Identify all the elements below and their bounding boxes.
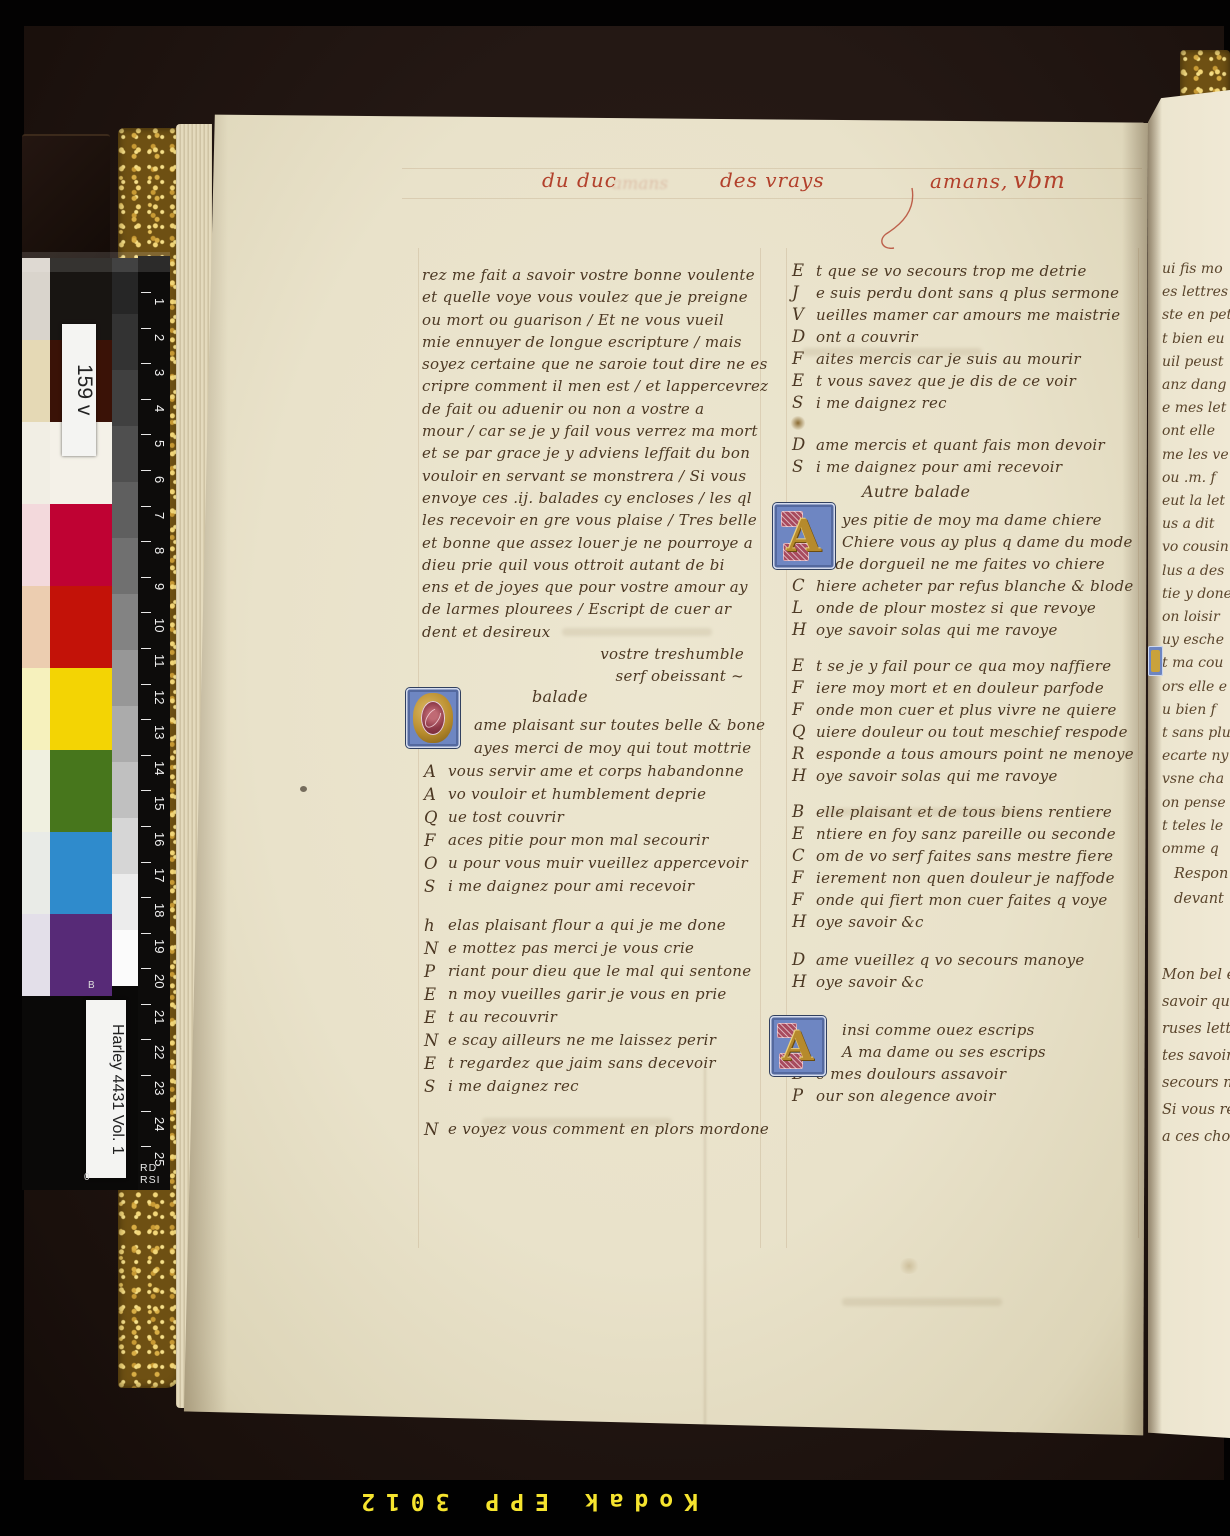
verse-text: t que se vo secours trop me detrie [816, 262, 1087, 280]
verse-line: Si me daignez pour ami recevoir [790, 456, 1135, 478]
verse-text: ue tost couvrir [448, 808, 564, 826]
ballade2-stanza3: Belle plaisant et de tous biens rentiere… [790, 801, 1135, 933]
prose-line: soyez certaine que ne saroie tout dire n… [422, 353, 758, 375]
versal-capital: P [424, 960, 435, 983]
color-patch [22, 504, 50, 586]
verse-text: oye savoir solas qui me ravoye [816, 621, 1058, 639]
fragment-line: t teles le [1162, 815, 1230, 838]
verse-text: ntiere en foy sanz pareille ou seconde [816, 825, 1116, 843]
ruler-number: 3 [152, 369, 167, 376]
ruler-number: 8 [152, 547, 167, 554]
fragment-line: secours nau [1162, 1070, 1230, 1097]
verse-line: De mes doulours assavoir [790, 1063, 1135, 1085]
fragment-line: u bien f [1162, 699, 1230, 722]
ruler-cell: 8 [138, 541, 170, 577]
verse-text: Chiere vous ay plus q dame du mode [842, 533, 1133, 551]
versal-capital: F [424, 829, 436, 852]
letter-signature: vostre treshumble serf obeissant ~ [422, 643, 758, 687]
verse-text: onde de plour mostez si que revoye [816, 599, 1096, 617]
color-patch [22, 914, 50, 996]
verse-text: insi comme ouez escrips [842, 1021, 1035, 1039]
prose-letter: rez me fait a savoir vostre bonne voulen… [422, 264, 758, 643]
verse-line: ayes merci de moy qui tout mottrie [422, 737, 758, 760]
verse-line: Londe de plour mostez si que revoye [790, 597, 1135, 619]
verse-line: Fonde qui fiert mon cuer faites q voye [790, 889, 1135, 911]
verse-text: i me daignez pour ami recevoir [448, 877, 694, 895]
verse-line: Hoye savoir solas qui me ravoye [790, 619, 1135, 641]
color-patch [22, 422, 50, 504]
color-patch [22, 750, 50, 832]
prose-line: cripre comment il men est / et lappercev… [422, 375, 758, 397]
color-patch [50, 504, 112, 586]
verse-text: ueilles mamer car amours me maistrie [816, 306, 1120, 324]
ruler-cell: 16 [138, 826, 170, 862]
ruler-cell: 9 [138, 577, 170, 613]
ruler-number: 19 [152, 939, 167, 953]
versal-capital: S [424, 1075, 436, 1098]
ruler-number: 5 [152, 440, 167, 447]
fragment-line: on pense [1162, 792, 1230, 815]
ruler-cell: 10 [138, 612, 170, 648]
stain [790, 416, 806, 430]
verse-line: Avous servir ame et corps habandonne [422, 760, 758, 783]
grayscale-step [112, 930, 138, 986]
verse-line: Et regardez que jaim sans decevoir [422, 1052, 758, 1075]
ruler-number: 22 [152, 1045, 167, 1059]
versal-capital: H [792, 619, 807, 641]
verse-line: yes pitie de moy ma dame chiere [790, 509, 1135, 531]
verse-line: Je suis perdu dont sans q plus sermone [790, 282, 1135, 304]
ruler-cell: 21 [138, 1004, 170, 1040]
illuminated-initial-A: A [770, 1016, 826, 1076]
film-edge-strip: Kodak EPP 3012 [0, 1480, 1230, 1536]
versal-capital: Q [424, 806, 438, 829]
bleedthrough [842, 1298, 1002, 1306]
ballade1-stanza2: helas plaisant flour a qui je me doneNe … [422, 914, 758, 1098]
verse-line: Et au recouvrir [422, 1006, 758, 1029]
fragment-line: a ces chose [1162, 1124, 1230, 1151]
bar-mark-b: B [88, 980, 95, 991]
verse-text: our son alegence avoir [816, 1087, 996, 1105]
verse-text: t se je y fail pour ce qua moy naffiere [816, 657, 1111, 675]
verse-line: Com de vo serf faites sans mestre fiere [790, 845, 1135, 867]
verse-text: e mes doulours assavoir [816, 1065, 1006, 1083]
prose-line: de fait ou aduenir ou non a vostre a [422, 398, 758, 420]
verse-line: Fiere moy mort et en douleur parfode [790, 677, 1135, 699]
fragment-line: ou .m. f [1162, 467, 1230, 490]
ruler-number: 17 [152, 868, 167, 882]
ballade2-stanza1: yes pitie de moy ma dame chiereChiere vo… [790, 509, 1135, 641]
color-patch [50, 750, 112, 832]
verse-text: riant pour dieu que le mal qui sentone [448, 962, 751, 980]
verse-line: En moy vueilles garir je vous en prie [422, 983, 758, 1006]
verse-line: insi comme ouez escrips [790, 1019, 1135, 1041]
verse-line: Et se je y fail pour ce qua moy naffiere [790, 655, 1135, 677]
ruler-cell: 22 [138, 1039, 170, 1075]
ruler-cell: 24 [138, 1111, 170, 1147]
verse-line: Et que se vo secours trop me detrie [790, 260, 1135, 282]
grayscale-step [112, 538, 138, 594]
versal-capital: D [792, 949, 806, 971]
verse-line: Chiere vous ay plus q dame du mode [790, 531, 1135, 553]
fragment-line: t sans plu [1162, 722, 1230, 745]
closing-quatrain: insi comme ouez escripsA ma dame ou ses … [790, 1019, 1135, 1107]
versal-capital: H [792, 765, 807, 787]
ruler-cell: 18 [138, 897, 170, 933]
verse-line: A ma dame ou ses escrips [790, 1041, 1135, 1063]
versal-capital: h [424, 914, 435, 937]
prose-line: les recevoir en gre vous plaise / Tres b… [422, 509, 758, 531]
ruler-footer-label: RD RSI [140, 1162, 170, 1186]
pen-flourish [872, 186, 932, 256]
color-patch [22, 832, 50, 914]
verse-line: Quiere douleur ou tout meschief respode [790, 721, 1135, 743]
prose-line: dieu prie quil vous ottroit autant de bi [422, 554, 758, 576]
verse-text: oye savoir solas qui me ravoye [816, 767, 1058, 785]
prose-line: envoye ces .ij. balades cy encloses / le… [422, 487, 758, 509]
verse-text: vous servir ame et corps habandonne [448, 762, 744, 780]
grayscale-step [112, 426, 138, 482]
verse-text: e scay ailleurs ne me laissez perir [448, 1031, 716, 1049]
versal-capital: N [424, 937, 439, 960]
color-patch [22, 340, 50, 422]
autre-balade-heading: Autre balade [862, 482, 1135, 501]
verse-text: vo vouloir et humblement deprie [448, 785, 706, 803]
verse-line: ame plaisant sur toutes belle & bone [422, 714, 758, 737]
running-title-offset-ghost: amans [612, 174, 668, 194]
ruler-number: 18 [152, 903, 167, 917]
fragment-line: vsne cha [1162, 768, 1230, 791]
prose-line: ens et de joyes que pour vostre amour ay [422, 576, 758, 598]
grayscale-step [112, 818, 138, 874]
color-calibration-bar: 1234567891011121314151617181920212223242… [22, 256, 170, 1190]
verse-text: ame vueillez q vo secours manoye [816, 951, 1085, 969]
fragment-line: t bien eu [1162, 328, 1230, 351]
text-column-2: Et que se vo secours trop me detrieJe su… [790, 260, 1135, 1107]
fragment-line: ui fis mo [1162, 258, 1230, 281]
ruler-cell: 3 [138, 363, 170, 399]
prose-line: et se par grace je y adviens leffait du … [422, 442, 758, 464]
ruler-scale: 1234567891011121314151617181920212223242… [138, 292, 170, 1182]
ruler-cell: 1 [138, 292, 170, 328]
verse-line: Fierement non quen douleur je naffode [790, 867, 1135, 889]
ruler-cell: 6 [138, 470, 170, 506]
ruler-number: 1 [152, 298, 167, 305]
verse-line: helas plaisant flour a qui je me done [422, 914, 758, 937]
versal-capital: F [792, 677, 804, 699]
recto-response-heading: Respon devant [1174, 862, 1228, 912]
speck [300, 786, 307, 792]
grayscale-step [112, 650, 138, 706]
verse-line: Responde a tous amours point ne menoye [790, 743, 1135, 765]
illuminated-initial-A: A [773, 503, 835, 569]
verse-line: Avo vouloir et humblement deprie [422, 783, 758, 806]
verse-text: i me daignez pour ami recevoir [816, 458, 1062, 476]
color-patch [50, 668, 112, 750]
versal-capital: O [424, 852, 438, 875]
running-title-left: du duc [542, 168, 617, 192]
ballade1-stanza1: ame plaisant sur toutes belle & boneayes… [422, 714, 758, 898]
ruler-strip: 1234567891011121314151617181920212223242… [138, 256, 170, 1190]
response-heading-line: Respon [1174, 862, 1228, 887]
verse-text: onde dorgueil ne me faites vo chiere [816, 555, 1105, 573]
verse-text: t vous savez que je dis de ce voir [816, 372, 1076, 390]
ruler-number: 9 [152, 583, 167, 590]
prose-line: et quelle voye vous voulez que je preign… [422, 286, 758, 308]
ruler-cell: 4 [138, 399, 170, 435]
ruler-number: 23 [152, 1081, 167, 1095]
shelfmark-sticker: Harley 4431 Vol. 1 [86, 1000, 126, 1178]
verse-line: Ne mottez pas merci je vous crie [422, 937, 758, 960]
color-patch [22, 668, 50, 750]
versal-capital: B [792, 801, 804, 823]
grayscale-strip [112, 258, 138, 986]
versal-capital: F [792, 699, 804, 721]
verse-text: i me daignez rec [816, 394, 947, 412]
verse-line: Pour son alegence avoir [790, 1085, 1135, 1107]
recto-page-edge: ui fis moes lettresste en pett bien euui… [1148, 90, 1230, 1438]
ruler-cell: 5 [138, 434, 170, 470]
verse-text: e mottez pas merci je vous crie [448, 939, 694, 957]
ruler-number: 10 [152, 618, 167, 632]
fragment-line: savoir que je [1162, 989, 1230, 1016]
ruler-number: 11 [152, 654, 167, 668]
verse-line: Hoye savoir &c [790, 971, 1135, 993]
ballade1-stanza3: Et que se vo secours trop me detrieJe su… [790, 260, 1135, 414]
ruler-number: 20 [152, 974, 167, 988]
verse-text: onde mon cuer et plus vivre ne quiere [816, 701, 1117, 719]
fragment-line: ecarte ny [1162, 745, 1230, 768]
prose-line: mour / car se je y fail vous verrez ma m… [422, 420, 758, 442]
verse-text: u pour vous muir vueillez appercevoir [448, 854, 748, 872]
ruler-cell: 19 [138, 933, 170, 969]
versal-capital: F [792, 889, 804, 911]
ruler-number: 2 [152, 334, 167, 341]
versal-capital: E [792, 823, 804, 845]
versal-capital: C [792, 845, 805, 867]
ruler-number: 6 [152, 476, 167, 483]
verse-text: ont a couvrir [816, 328, 918, 346]
verse-line: Hoye savoir &c [790, 911, 1135, 933]
verse-text: e suis perdu dont sans q plus sermone [816, 284, 1119, 302]
versal-capital: S [792, 456, 804, 478]
versal-capital: S [424, 875, 436, 898]
ruler-number: 24 [152, 1117, 167, 1131]
versal-capital: H [792, 911, 807, 933]
fragment-line: anz dang [1162, 374, 1230, 397]
color-patch [50, 832, 112, 914]
prose-line: et bonne que assez louer je ne pourroye … [422, 532, 758, 554]
folio-number-sticker: 159 v [62, 324, 96, 456]
versal-capital: N [424, 1118, 439, 1141]
versal-capital: P [792, 1085, 803, 1107]
verse-line: Dame vueillez q vo secours manoye [790, 949, 1135, 971]
verse-line: Dame mercis et quant fais mon devoir [790, 434, 1135, 456]
verse-line: Faces pitie pour mon mal secourir [422, 829, 758, 852]
verse-line: Entiere en foy sanz pareille ou seconde [790, 823, 1135, 845]
versal-capital: S [792, 392, 804, 414]
verse-text: aces pitie pour mon mal secourir [448, 831, 709, 849]
pale-patch-column [22, 258, 50, 996]
verse-line: Ou pour vous muir vueillez appercevoir [422, 852, 758, 875]
fragment-line: tes savoir [1162, 1043, 1230, 1070]
prose-line: mie ennuyer de longue escripture / mais [422, 331, 758, 353]
versal-capital: E [792, 260, 804, 282]
stain [898, 1258, 920, 1274]
fragment-line: tie y done [1162, 583, 1230, 606]
versal-capital: A [424, 783, 436, 806]
grayscale-step [112, 314, 138, 370]
grayscale-step [112, 482, 138, 538]
grayscale-step [112, 706, 138, 762]
ruling-line [402, 198, 1142, 199]
color-patch [50, 914, 112, 996]
bleedthrough [482, 1118, 672, 1126]
verse-line: Ne scay ailleurs ne me laissez perir [422, 1029, 758, 1052]
ruler-number: 12 [152, 690, 167, 704]
versal-capital: E [792, 370, 804, 392]
ruler-cell: 17 [138, 862, 170, 898]
illuminated-initial-small [1148, 646, 1163, 676]
verse-text: elas plaisant flour a qui je me done [448, 916, 726, 934]
grayscale-step [112, 370, 138, 426]
initial-red-core [421, 701, 445, 735]
verse-text: onde qui fiert mon cuer faites q voye [816, 891, 1108, 909]
ruler-cell: 20 [138, 968, 170, 1004]
ballade1-envoy: Dame mercis et quant fais mon devoirSi m… [790, 434, 1135, 478]
bar-mark-zero: 0 [84, 1172, 90, 1183]
fragment-line: ste en pet [1162, 304, 1230, 327]
color-patch [50, 586, 112, 668]
verse-text: oye savoir &c [816, 913, 924, 931]
versal-capital: V [792, 304, 804, 326]
verso-page: du duc des vrays amans, vbm amans rez me… [182, 108, 1148, 1438]
bleedthrough [802, 348, 982, 356]
bleedthrough [822, 808, 1022, 816]
fragment-line: ruses lettres [1162, 1016, 1230, 1043]
verse-text: ierement non quen douleur je naffode [816, 869, 1115, 887]
verse-text: A ma dame ou ses escrips [842, 1043, 1046, 1061]
versal-capital: L [792, 597, 803, 619]
versal-capital: A [424, 760, 436, 783]
fragment-line: vo cousin [1162, 536, 1230, 559]
ballade2-envoy: Dame vueillez q vo secours manoyeHoye sa… [790, 949, 1135, 993]
prose-line: de larmes plourees / Escript de cuer ar [422, 598, 758, 620]
ruler-cell: 23 [138, 1075, 170, 1111]
ruling-line [1138, 248, 1139, 1238]
verse-text: ayes merci de moy qui tout mottrie [474, 739, 751, 757]
ruling-line [418, 248, 419, 1248]
verse-text: ame mercis et quant fais mon devoir [816, 436, 1105, 454]
photo-edge-left [0, 0, 24, 1536]
versal-capital: R [792, 743, 805, 765]
fragment-line: Si vous re [1162, 1097, 1230, 1124]
fragment-line: ors elle e [1162, 676, 1230, 699]
verse-line: Vueilles mamer car amours me maistrie [790, 304, 1135, 326]
fragment-line: lus a des [1162, 560, 1230, 583]
verse-line: Dont a couvrir [790, 326, 1135, 348]
verse-text: om de vo serf faites sans mestre fiere [816, 847, 1113, 865]
illuminated-initial-D [406, 688, 460, 748]
bleedthrough [562, 628, 712, 636]
verse-text: iere moy mort et en douleur parfode [816, 679, 1104, 697]
grayscale-step [112, 762, 138, 818]
ruler-number: 4 [152, 405, 167, 412]
fragment-line: Mon bel et [1162, 962, 1230, 989]
versal-capital: J [792, 282, 799, 304]
versal-capital: E [424, 1006, 436, 1029]
response-heading-line: devant [1174, 887, 1228, 912]
recto-text-fragments: ui fis moes lettresste en pett bien euui… [1162, 258, 1230, 868]
verse-text: oye savoir &c [816, 973, 924, 991]
ruler-number: 13 [152, 725, 167, 739]
ruler-cell: 7 [138, 506, 170, 542]
prose-line: vouloir en servant se monstrera / Si vou… [422, 465, 758, 487]
fragment-line: t ma cou [1162, 652, 1230, 675]
verse-line: Et vous savez que je dis de ce voir [790, 370, 1135, 392]
prose-line: ou mort ou guarison / Et ne vous vueil [422, 309, 758, 331]
verse-line: Si me daignez rec [422, 1075, 758, 1098]
verse-line: Si me daignez pour ami recevoir [422, 875, 758, 898]
versal-capital: F [792, 867, 804, 889]
ruler-number: 16 [152, 832, 167, 846]
fragment-line: us a dit [1162, 513, 1230, 536]
fragment-line: me les ve [1162, 444, 1230, 467]
fragment-line: eut la let [1162, 490, 1230, 513]
versal-capital: D [792, 326, 806, 348]
ruler-cell: 15 [138, 790, 170, 826]
ruler-number: 21 [152, 1010, 167, 1024]
kodak-film-label: Kodak EPP 3012 [318, 1488, 698, 1514]
fragment-line: uil peust [1162, 351, 1230, 374]
ruler-number: 14 [152, 761, 167, 775]
ruler-cell: 2 [138, 328, 170, 364]
versal-capital: E [424, 983, 436, 1006]
text-column-1: rez me fait a savoir vostre bonne voulen… [422, 264, 758, 1141]
ruling-line [760, 248, 761, 1248]
running-title-right: amans, vbm [930, 168, 1066, 194]
ruler-number: 7 [152, 512, 167, 519]
ballade-heading: balade [532, 687, 758, 706]
versal-capital: Q [792, 721, 806, 743]
verse-line: Que tost couvrir [422, 806, 758, 829]
ruler-number: 15 [152, 796, 167, 810]
verse-line: Chiere acheter par refus blanche & blode [790, 575, 1135, 597]
verse-text: i me daignez rec [448, 1077, 579, 1095]
prose-line: rez me fait a savoir vostre bonne voulen… [422, 264, 758, 286]
fragment-line: e mes let [1162, 397, 1230, 420]
ruler-cell: 11 [138, 648, 170, 684]
verse-text: t regardez que jaim sans decevoir [448, 1054, 716, 1072]
versal-capital: E [424, 1052, 436, 1075]
verse-line: Fonde mon cuer et plus vivre ne quiere [790, 699, 1135, 721]
versal-capital: E [792, 655, 804, 677]
verse-text: n moy vueilles garir je vous en prie [448, 985, 727, 1003]
fragment-line: omme q [1162, 838, 1230, 861]
verse-text: yes pitie de moy ma dame chiere [842, 511, 1102, 529]
verse-line: Priant pour dieu que le mal qui sentone [422, 960, 758, 983]
fragment-line: uy esche [1162, 629, 1230, 652]
grayscale-step [112, 874, 138, 930]
verse-line: Hoye savoir solas qui me ravoye [790, 765, 1135, 787]
tape-shine [22, 252, 170, 272]
grayscale-step [112, 594, 138, 650]
versal-capital: H [792, 971, 807, 993]
verse-text: uiere douleur ou tout meschief respode [816, 723, 1128, 741]
verse-text: ame plaisant sur toutes belle & bone [474, 716, 765, 734]
running-title-center: des vrays [720, 168, 825, 192]
verse-line: Monde dorgueil ne me faites vo chiere [790, 553, 1135, 575]
